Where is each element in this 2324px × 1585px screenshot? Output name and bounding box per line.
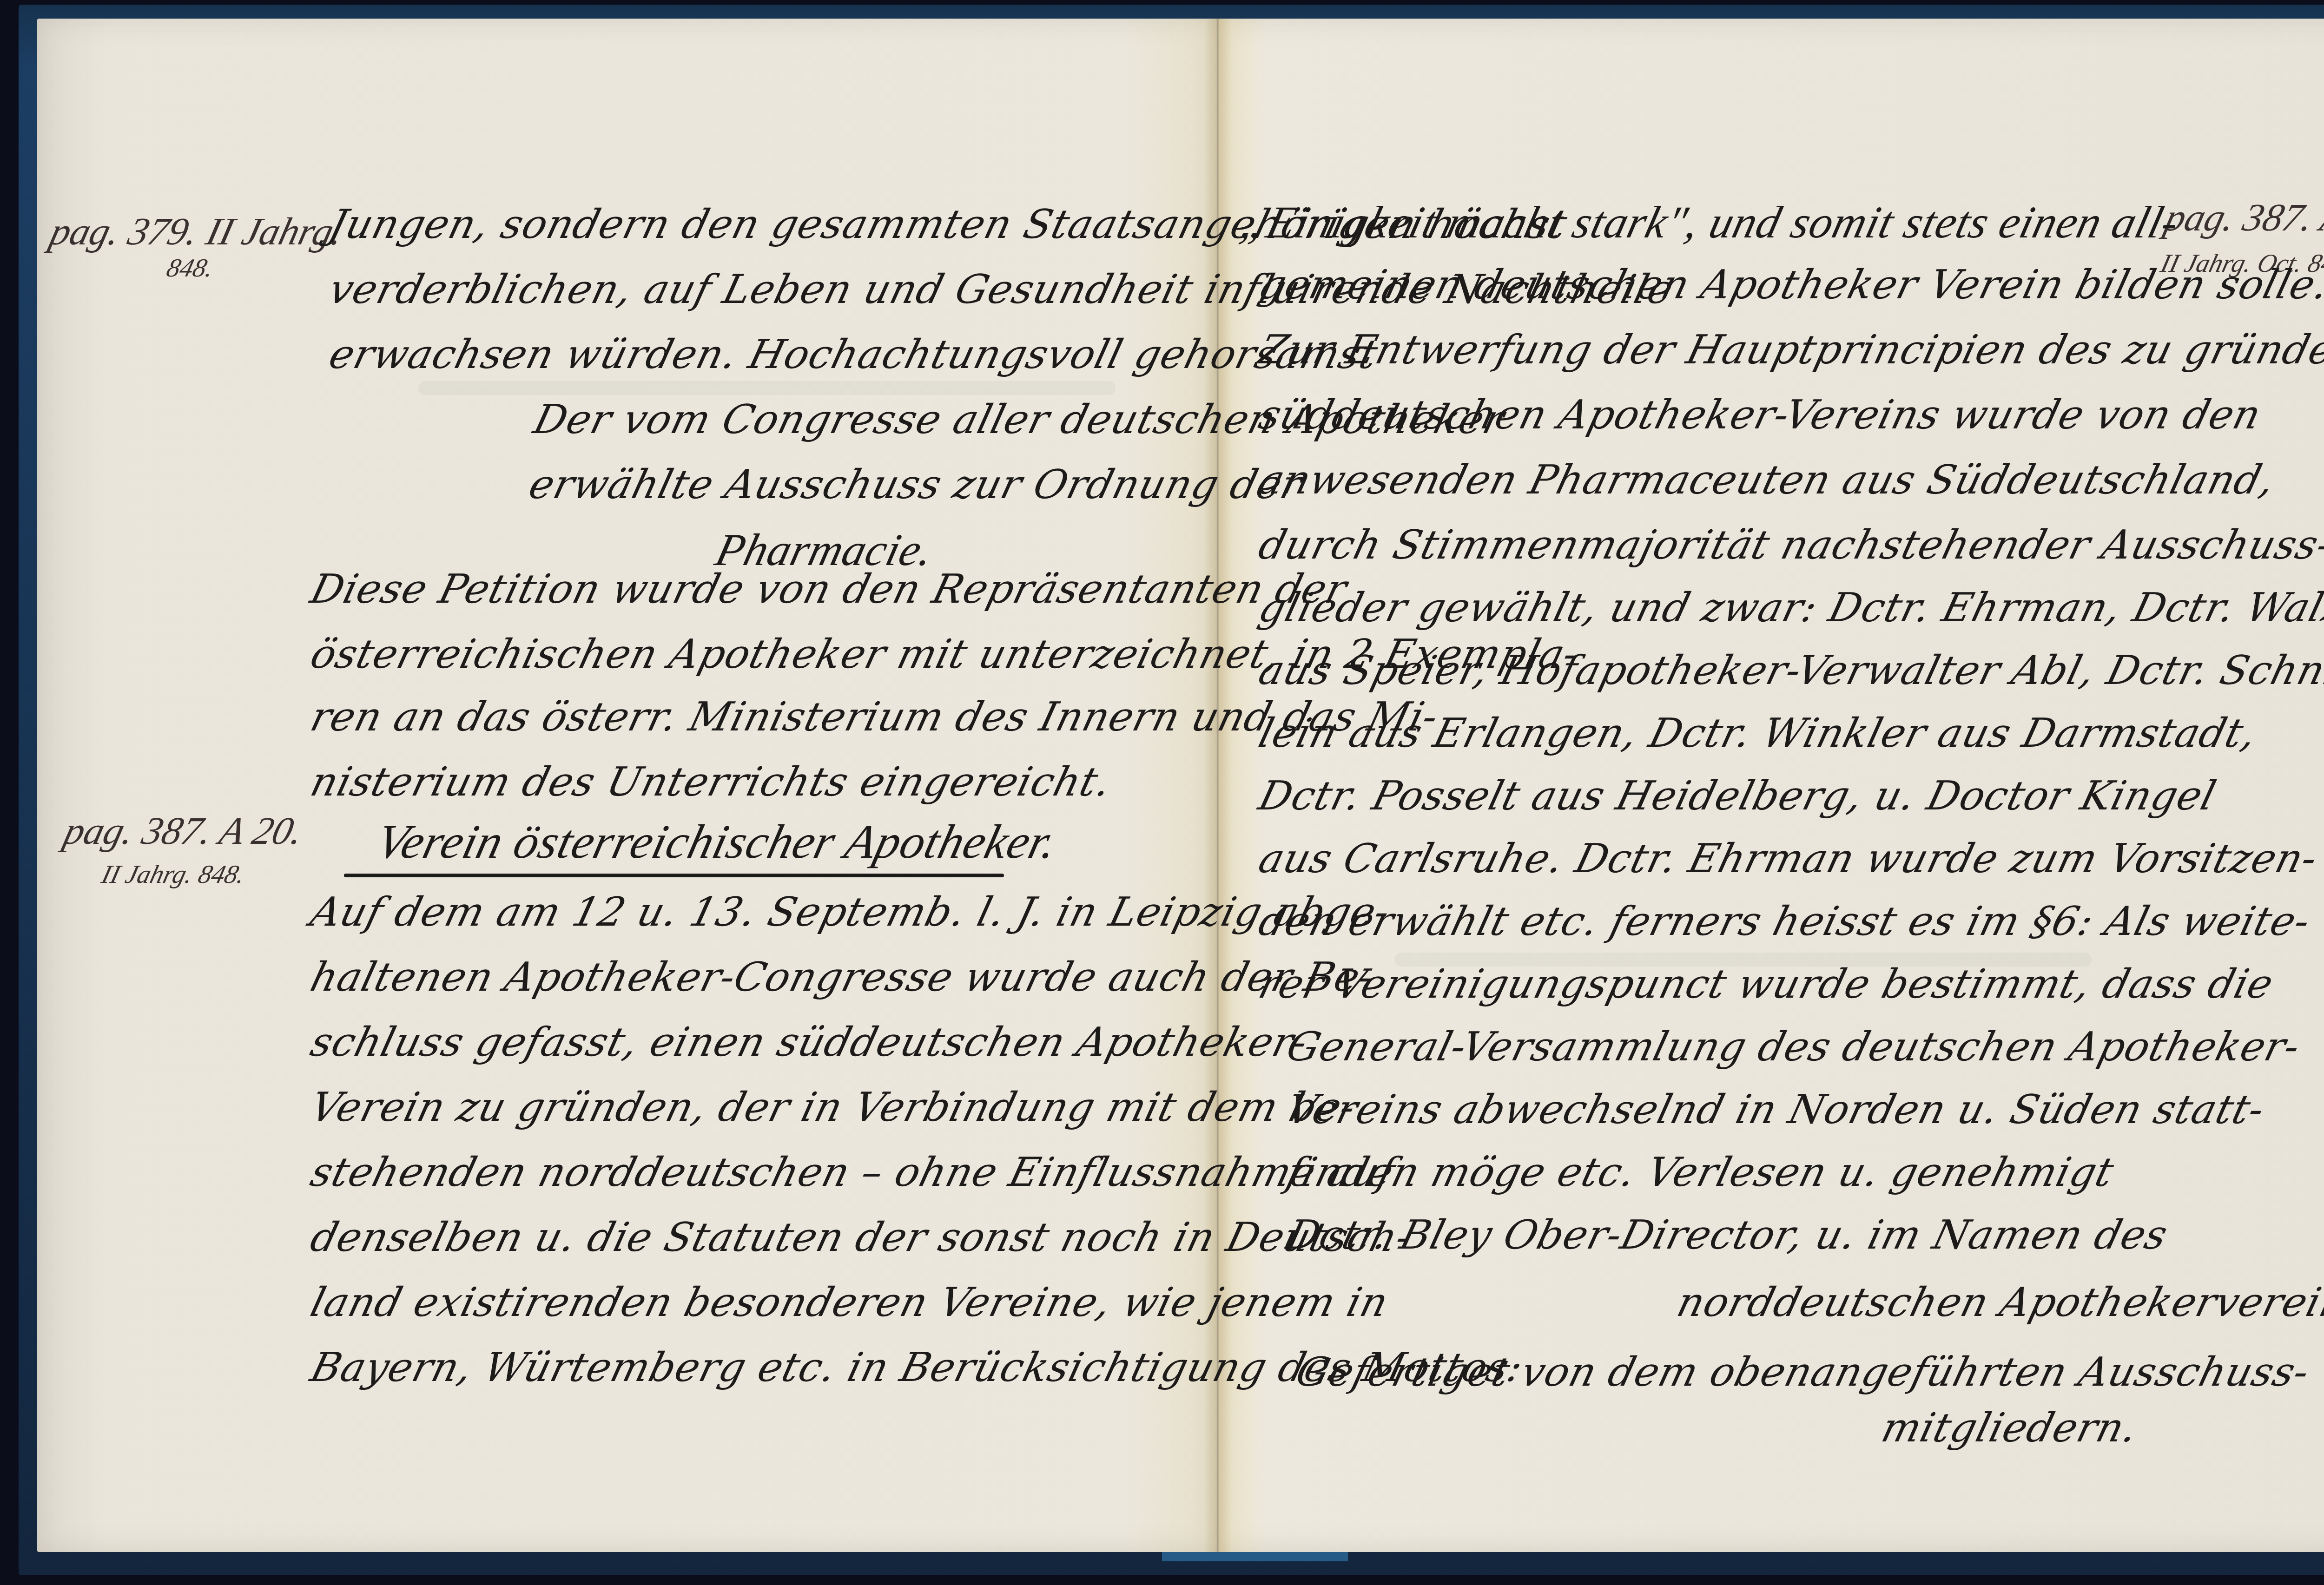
text-line: Auf dem am 12 u. 13. Septemb. l. J. in L… — [307, 892, 1394, 932]
text-line: General-Versammlung des deutschen Apothe… — [1283, 1027, 2304, 1067]
margin-note-page-ref: pag. 387. A 20. — [2160, 195, 2324, 240]
margin-note-year: 848. — [164, 253, 217, 283]
text-line: aus Carlsruhe. Dctr. Ehrman wurde zum Vo… — [1255, 839, 2322, 879]
text-line: denselben u. die Statuten der sonst noch… — [307, 1217, 1416, 1257]
text-line: haltenen Apotheker-Congresse wurde auch … — [307, 957, 1378, 997]
text-line: Verein zu gründen, der in Verbindung mit… — [307, 1087, 1360, 1127]
text-line: süddeutschen Apotheker-Vereins wurde von… — [1255, 395, 2265, 435]
text-line: aus Speier, Hofapotheker-Verwalter Abl, … — [1255, 651, 2324, 691]
text-line: erwachsen würden. Hochachtungsvoll gehor… — [325, 335, 1382, 375]
text-line: den erwählt etc. ferners heisst es im §6… — [1255, 901, 2314, 941]
text-line: gemeinen deutschen Apotheker Verein bild… — [1255, 265, 2324, 305]
text-line: glieder gewählt, und zwar: Dctr. Ehrman,… — [1255, 588, 2324, 628]
text-line: mitgliedern. — [1878, 1408, 2142, 1448]
text-line: Dctr. Posselt aus Heidelberg, u. Doctor … — [1255, 776, 2220, 816]
text-line: durch Stimmenmajorität nachstehender Aus… — [1255, 525, 2324, 565]
text-line: rer Vereinigungspunct wurde bestimmt, da… — [1255, 964, 2278, 1004]
text-line: Dctr. Bley Ober-Director, u. im Namen de… — [1283, 1215, 2172, 1255]
text-line: erwählte Ausschuss zur Ordnung der — [525, 465, 1306, 505]
text-line: Diese Petition wurde von den Repräsentan… — [307, 569, 1351, 609]
text-line: land existirenden besonderen Vereine, wi… — [307, 1282, 1393, 1322]
margin-note-page-ref: pag. 387. A 20. — [59, 809, 308, 854]
text-line: „Einigkeit macht stark", und somit stets… — [1236, 200, 2184, 245]
bleed-through — [418, 381, 1116, 395]
text-line: Vereins abwechselnd in Norden u. Süden s… — [1283, 1090, 2269, 1130]
text-line: Zur Entwerfung der Hauptprincipien des z… — [1255, 330, 2324, 370]
text-line: Gefertiget von dem obenangeführten Aussc… — [1292, 1352, 2313, 1392]
text-line: schluss gefasst, einen süddeutschen Apot… — [307, 1022, 1312, 1062]
text-line: nisterium des Unterrichts eingereicht. — [307, 762, 1116, 802]
text-line: stehenden norddeutschen – ohne Einflussn… — [307, 1152, 1399, 1192]
heading-underline — [344, 874, 1004, 877]
text-line: norddeutschen Apothekervereins. — [1673, 1282, 2324, 1322]
margin-note-page-ref: pag. 379. II Jahrg. — [46, 209, 348, 254]
text-line: finden möge etc. Verlesen u. genehmigt — [1283, 1152, 2118, 1192]
margin-note-year: II Jahrg. 848. — [99, 860, 248, 889]
section-heading: Verein österreichischer Apotheker. — [372, 818, 1063, 866]
text-line: anwesenden Pharmaceuten aus Süddeutschla… — [1255, 460, 2279, 500]
text-line: lein aus Erlangen, Dctr. Winkler aus Dar… — [1255, 713, 2261, 753]
